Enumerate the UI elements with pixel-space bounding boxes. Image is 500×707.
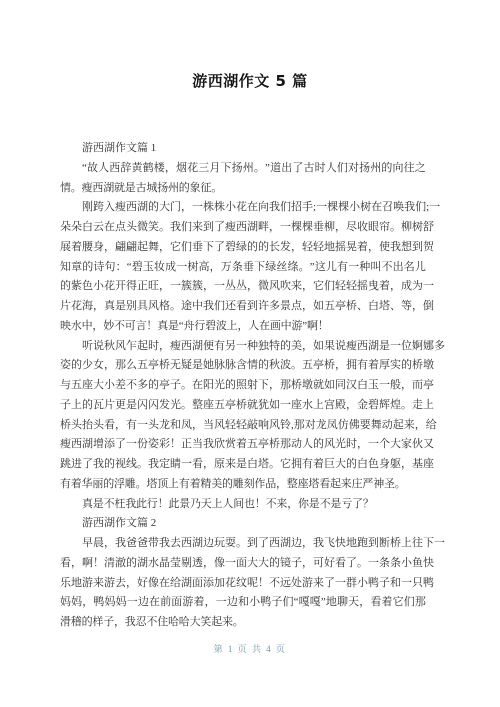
text-line: 真是不枉我此行！此景乃天上人间也！不来，你是不是亏了？ bbox=[60, 495, 426, 515]
essay-heading: 游西湖作文篇 1 bbox=[60, 139, 426, 159]
text-line: 有着华丽的浮雕。塔顶上有着精美的雕刻作品，整座塔看起来庄严神圣。 bbox=[60, 475, 426, 495]
text-line: 与五座大小差不多的亭子。在阳光的照射下，那桥墩就如同汉白玉一般，而亭 bbox=[60, 376, 426, 396]
text-block: 游西湖作文篇 1“故人西辞黄鹤楼，烟花三月下扬州。” 道出了古时人们对扬州的向往… bbox=[60, 139, 426, 633]
text-line: 子上的瓦片更是闪闪发光。整座五亭桥就犹如一座水上宫殿，金碧辉煌。走上 bbox=[60, 396, 426, 416]
text-line: 乐地游来游去，好像在给湖面添加花纹呢！不远处游来了一群小鸭子和一只鸭 bbox=[60, 574, 426, 594]
text-line: “故人西辞黄鹤楼，烟花三月下扬州。” 道出了古时人们对扬州的向往之 bbox=[60, 159, 426, 179]
text-line: 跳进了我的视线。我定睛一看，原来是白塔。它拥有着巨大的白色身躯，基座 bbox=[60, 455, 426, 475]
text-line: 听说秋风乍起时，瘦西湖便有另一种独特的美，如果说瘦西湖是一位婀娜多 bbox=[60, 337, 426, 357]
text-line: 情。瘦西湖就是古城扬州的象征。 bbox=[60, 179, 426, 199]
text-line: 知章的诗句：“碧玉妆成一树高，万条垂下绿丝绦。”这儿有一种叫不出名儿 bbox=[60, 258, 426, 278]
text-line: 桥头抬头看，有一头龙和凤，当风轻轻敲响风铃,那对龙凤仿佛要舞动起来，给 bbox=[60, 416, 426, 436]
text-line: 姿的少女，那么五亭桥无疑是她脉脉含情的秋波。五亭桥，拥有着厚实的桥墩 bbox=[60, 356, 426, 376]
text-line: 朵朵白云在点头微笑。我们来到了瘦西湖畔，一棵棵垂柳，尽收眼帘。柳树舒 bbox=[60, 218, 426, 238]
essay-heading: 游西湖作文篇 2 bbox=[60, 514, 426, 534]
text-line: 瘦西湖增添了一份姿彩！正当我欣赏着五亭桥那动人的风光时，一个大家伙又 bbox=[60, 435, 426, 455]
document-title: 游西湖作文 5 篇 bbox=[0, 70, 500, 91]
text-line: 片花海，真是别具风格。途中我们还看到许多景点，如五亭桥、白塔、等，倒 bbox=[60, 297, 426, 317]
text-line: 展着腰身，翩翩起舞，它们垂下了碧绿的的长发，轻轻地摇晃着，使我想到贺 bbox=[60, 238, 426, 258]
document-page: 游西湖作文 5 篇 游西湖作文篇 1“故人西辞黄鹤楼，烟花三月下扬州。” 道出了… bbox=[0, 0, 500, 707]
page-number-footer: 第 1 页 共 4 页 bbox=[0, 642, 500, 655]
text-line: 滑稽的样子，我忍不住哈哈大笑起来。 bbox=[60, 613, 426, 633]
text-line: 妈妈，鸭妈妈一边在前面游着，一边和小鸭子们“嘎嘎”地聊天，看着它们那 bbox=[60, 593, 426, 613]
text-line: 早晨，我爸爸带我去西湖边玩耍。到了西湖边，我飞快地跑到断桥上往下一 bbox=[60, 534, 426, 554]
text-line: 看，啊！清澈的湖水晶莹剔透，像一面大大的镜子，可好看了。一条条小鱼快 bbox=[60, 554, 426, 574]
text-line: 刚跨入瘦西湖的大门，一株株小花在向我们招手;一棵棵小树在召唤我们; 一 bbox=[60, 198, 426, 218]
text-line: 映水中，妙不可言！真是“舟行碧波上，人在画中游”啊！ bbox=[60, 317, 426, 337]
text-line: 的紫色小花开得正旺，一簇簇，一丛丛，微风吹来，它们轻轻摇曳着，成为一 bbox=[60, 277, 426, 297]
